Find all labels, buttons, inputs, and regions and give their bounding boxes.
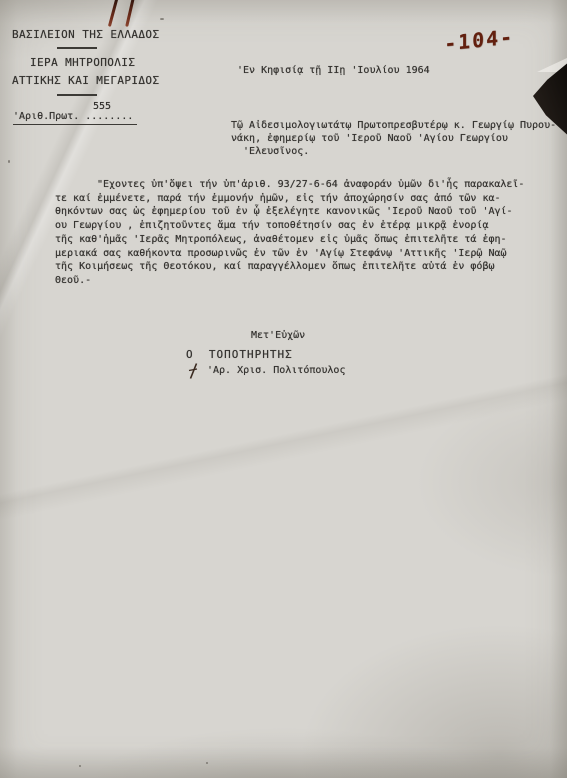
letterhead-divider	[57, 47, 97, 49]
addressee-line-3: 'Ελευσῖνος.	[231, 146, 309, 159]
date-line: 'Εν Κηφισίᾳ τῇ ΙΙῃ 'Ιουλίου 1964	[237, 65, 430, 78]
addressee-line-1: Τῷ Αἰδεσιμολογιωτάτῳ Πρωτοπρεσβυτέρῳ κ. …	[231, 120, 556, 133]
letterhead-region: ΑΤΤΙΚΗΣ ΚΑΙ ΜΕΓΑΡΙΔΟΣ	[12, 74, 159, 88]
signature-row: 'Αρ. Χρισ. Πολιτόπουλος	[188, 365, 345, 383]
addressee-line-2: νάκη, ἐφημερίῳ τοῦ 'Ιεροῦ Ναοῦ 'Αγίου Γε…	[231, 133, 508, 146]
pen-stroke-icon	[125, 0, 135, 27]
handwritten-page-number: -104-	[444, 24, 514, 55]
closing-salutation: Μετ'Εὐχῶν	[251, 330, 305, 343]
signature-name: 'Αρ. Χρισ. Πολιτόπουλος	[207, 365, 345, 378]
paper-speck	[160, 18, 164, 20]
letterhead-state: ΒΑΣΙΛΕΙΟΝ ΤΗΣ ΕΛΛΑΔΟΣ	[12, 28, 159, 42]
body-line: μεριακά σας καθήκοντα προσωρινῶς ἐν τῶν …	[55, 247, 537, 261]
body-line: "Εχοντες ὑπ'ὄψει τήν ὑπ'ἀριθ. 93/27-6-64…	[55, 178, 537, 192]
signature-cross-icon	[188, 363, 199, 383]
letterhead-divider	[57, 94, 97, 96]
pen-stroke-icon	[108, 0, 119, 27]
body-line: τε καί ἐμμένετε, παρά τήν ἐμμονήν ἡμῶν, …	[55, 192, 537, 206]
body-line: τῆς Κοιμήσεως τῆς Θεοτόκου, καί παραγγέλ…	[55, 260, 537, 274]
body-line: θηκόντων σας ὡς ἐφημερίου τοῦ ἐν ᾧ ἐξελέ…	[55, 205, 537, 219]
paper-speck	[8, 160, 10, 163]
signer-title: Ο ΤΟΠΟΤΗΡΗΤΗΣ	[186, 348, 293, 362]
paper-speck	[79, 765, 81, 767]
body-line: Θεοῦ.-	[55, 274, 537, 288]
letterhead-metropolis: ΙΕΡΑ ΜΗΤΡΟΠΟΛΙΣ	[30, 56, 135, 70]
scanned-letter-page: -104- ΒΑΣΙΛΕΙΟΝ ΤΗΣ ΕΛΛΑΔΟΣ ΙΕΡΑ ΜΗΤΡΟΠΟ…	[0, 0, 567, 778]
body-line: ου Γεωργίου , ἐπιζητοῦντες ἅμα τήν τοποθ…	[55, 219, 537, 233]
body-line: τῆς καθ'ἡμᾶς 'Ιερᾶς Μητροπόλεως, ἀναθέτο…	[55, 233, 537, 247]
paper-speck	[206, 762, 208, 764]
protocol-label: 'Αριθ.Πρωτ. ........	[13, 111, 137, 125]
letter-body: "Εχοντες ὑπ'ὄψει τήν ὑπ'ἀριθ. 93/27-6-64…	[55, 178, 537, 288]
